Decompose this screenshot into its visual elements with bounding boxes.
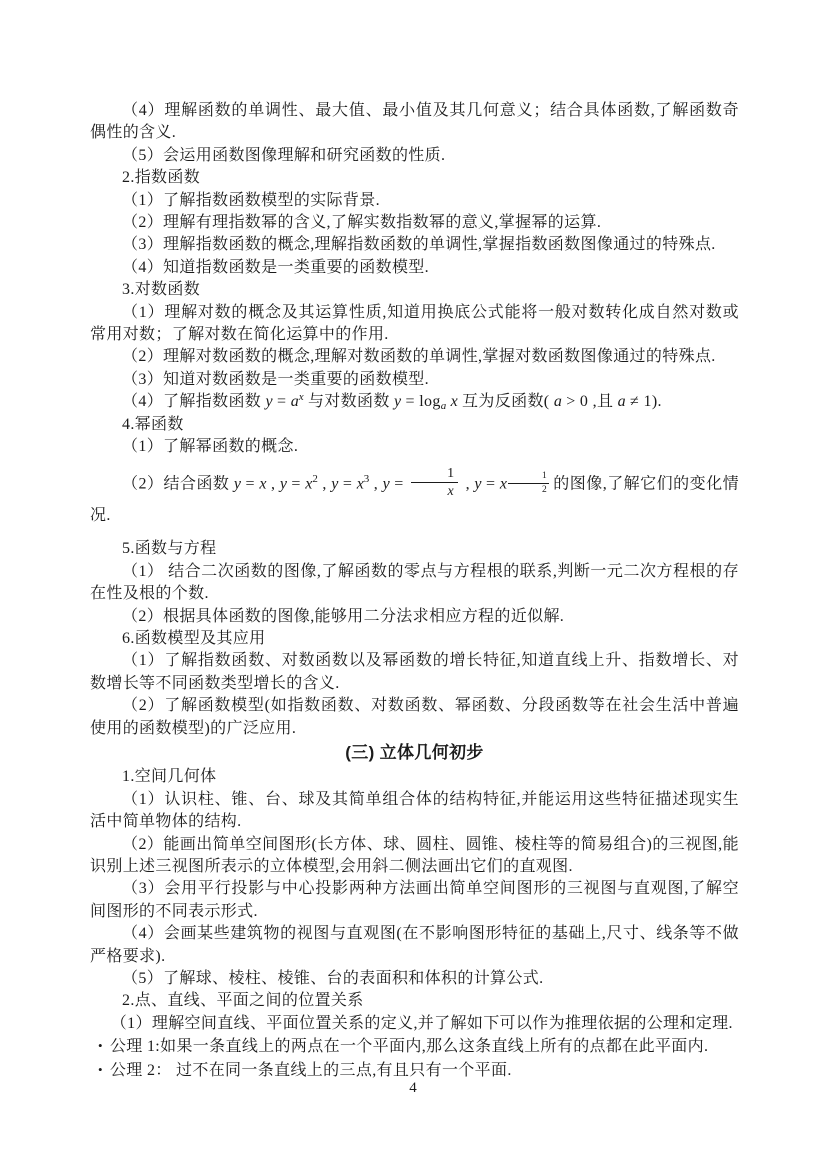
math-token: a [618,393,626,410]
fraction-numerator: 1 [508,471,549,483]
paragraph: （3）知道对数函数是一类重要的函数模型. [90,369,739,391]
math-token: x [299,391,304,403]
paragraph: （1） 结合二次函数的图像,了解函数的零点与方程根的联系,判断一元二次方程根的存… [90,561,739,606]
text-run: , [369,475,382,492]
paragraph: （3）会用平行投影与中心投影两种方法画出简单空间图形的三视图与直观图,了解空间图… [90,878,739,923]
log-inverse-function-line: （4）了解指数函数 y = ax 与对数函数 y = loga x 互为反函数(… [90,391,739,413]
paragraph: （1）认识柱、锥、台、球及其简单组合体的结构特征,并能运用这些特征描述现实生活中… [90,789,739,834]
paragraph: （2）根据具体函数的图像,能够用二分法求相应方程的近似解. [90,606,739,628]
math-token: x [357,475,364,492]
text-run: （4）了解指数函数 [122,393,266,410]
paragraph: （1）了解指数函数模型的实际背景. [90,190,739,212]
math-token: 3 [364,473,370,485]
text-run: 与对数函数 [304,393,394,410]
paragraph: 2.点、直线、平面之间的位置关系 [90,990,739,1012]
bullet-item: •公理 2： 过不在同一条直线上的三点,有且只有一个平面. [90,1059,739,1082]
fraction-denominator: x [415,483,453,499]
document-page: （4）理解函数的单调性、最大值、最小值及其几何意义；结合具体函数,了解函数奇偶性… [0,0,826,1169]
text-run: = [241,475,259,492]
text-run: ≠ 1). [626,393,662,410]
paragraph: 4.幂函数 [90,414,739,436]
text-run: = [338,475,356,492]
math-token: y [280,475,287,492]
fraction-denominator: 2 [510,484,547,495]
paragraph: （2）理解有理指数幂的含义,了解实数指数幂的意义,掌握幂的运算. [90,212,739,234]
text-run: 互为反函数( [458,393,554,410]
paragraph: （2）了解函数模型(如指数函数、对数函数、幂函数、分段函数等在社会生活中普遍使用… [90,695,739,740]
paragraph: （1）了解幂函数的概念. [90,436,739,458]
math-token: a [441,400,447,412]
bullet-text: 公理 2： 过不在同一条直线上的三点,有且只有一个平面. [110,1062,512,1079]
paragraph: （2）能画出简单空间图形(长方体、球、圆柱、圆锥、棱柱等的简易组合)的三视图,能… [90,834,739,879]
paragraph: （5）会运用函数图像理解和研究函数的性质. [90,145,739,167]
math-token: y [266,393,273,410]
text-run: > 0 ,且 [562,393,618,410]
math-token: y [474,475,481,492]
bullet-icon: • [94,1035,103,1057]
paragraph: （4）会画某些建筑物的视图与直观图(在不影响图形特征的基础上,尺寸、线条等不做严… [90,923,739,968]
math-token: a [291,393,299,410]
paragraph: 3.对数函数 [90,279,739,301]
text-run: = [287,475,305,492]
paragraph: 2.指数函数 [90,167,739,189]
text-run: , [461,475,474,492]
paragraph: （4）知道指数函数是一类重要的函数模型. [90,257,739,279]
text-run: , [318,475,331,492]
text-run: = [273,393,291,410]
math-token: x [451,393,458,410]
math-token: y [234,475,241,492]
paragraph: （1）了解指数函数、对数函数以及幂函数的增长特征,知道直线上升、指数增长、对数增… [90,650,739,695]
text-run: （2）结合函数 [122,475,234,492]
section-heading: (三) 立体几何初步 [90,742,739,764]
math-token: y [383,475,390,492]
document-content: （4）理解函数的单调性、最大值、最小值及其几何意义；结合具体函数,了解函数奇偶性… [90,100,739,1082]
math-token: 2 [312,473,318,485]
paragraph: （1）理解对数的概念及其运算性质,知道用换底公式能将一般对数转化成自然对数或常用… [90,302,739,347]
fraction: 1x [411,466,458,500]
paragraph: （4）理解函数的单调性、最大值、最小值及其几何意义；结合具体函数,了解函数奇偶性… [90,100,739,145]
paragraph: （2）理解对数函数的概念,理解对数函数的单调性,掌握对数函数图像通过的特殊点. [90,346,739,368]
bullet-icon: • [94,1059,103,1081]
bullet-item: •公理 1:如果一条直线上的两点在一个平面内,那么这条直线上所有的点都在此平面内… [90,1035,739,1058]
fraction: 12 [508,471,549,495]
paragraph: （1）理解空间直线、平面位置关系的定义,并了解如下可以作为推理依据的公理和定理. [90,1013,739,1035]
paragraph: 6.函数模型及其应用 [90,628,739,650]
math-token: x [500,475,507,492]
page-number: 4 [0,1080,826,1097]
text-run: = [482,475,500,492]
paragraph: 5.函数与方程 [90,538,739,560]
text-run: = log [401,393,441,410]
power-function-graphs-line: （2）结合函数 y = x , y = x2 , y = x3 , y = 1x… [90,459,739,539]
text-run: = [390,475,408,492]
paragraph: 1.空间几何体 [90,766,739,788]
paragraph: （3）理解指数函数的概念,理解指数函数的单调性,掌握指数函数图像通过的特殊点. [90,234,739,256]
text-run: , [266,475,279,492]
bullet-text: 公理 1:如果一条直线上的两点在一个平面内,那么这条直线上所有的点都在此平面内. [110,1038,708,1055]
math-token: a [554,393,562,410]
paragraph: （5）了解球、棱柱、棱锥、台的表面积和体积的计算公式. [90,968,739,990]
fraction-numerator: 1 [411,466,458,483]
